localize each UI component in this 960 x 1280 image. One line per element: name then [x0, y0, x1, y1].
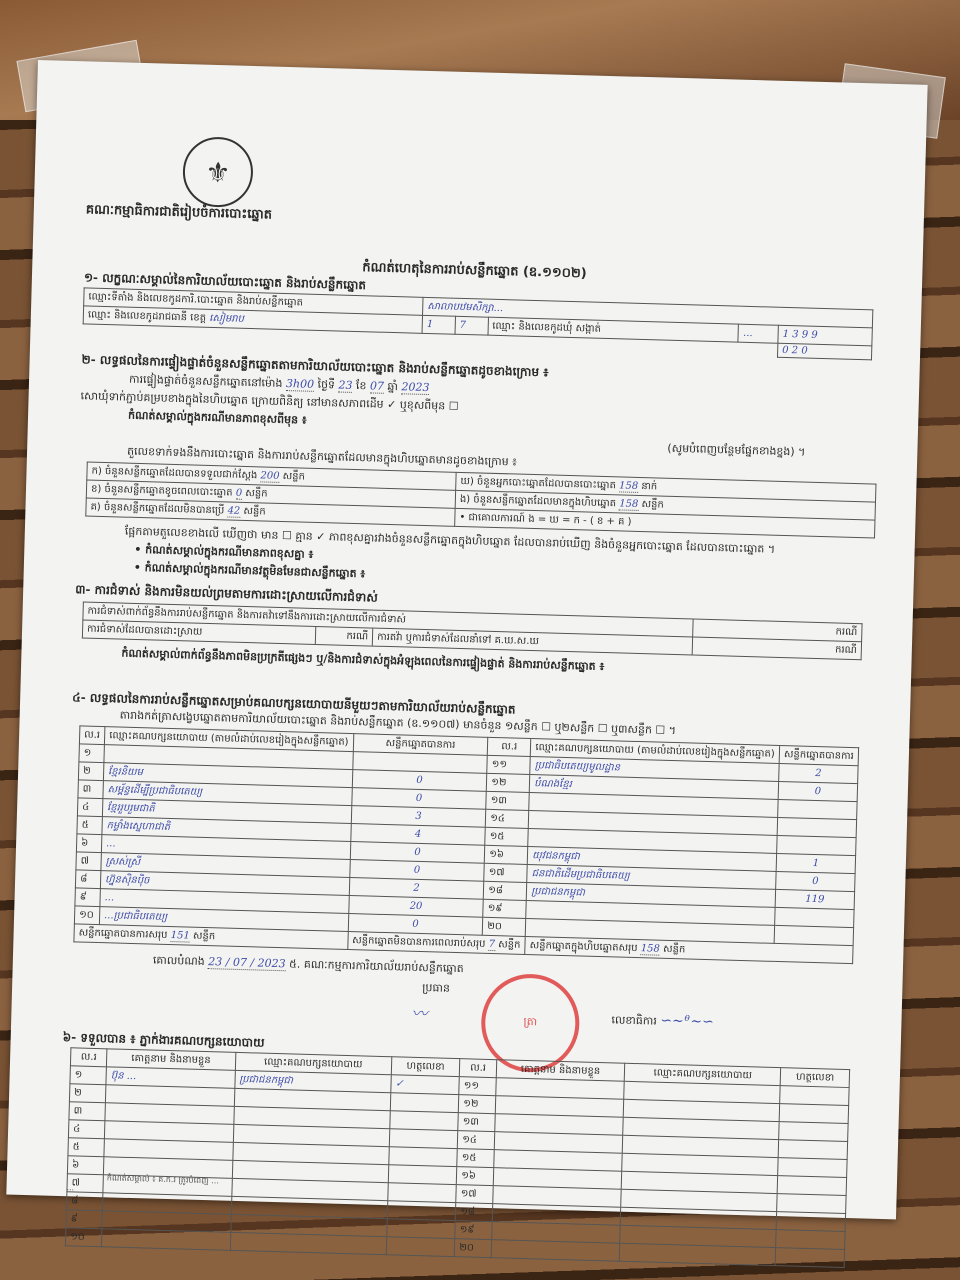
cell-no: ៥	[77, 816, 102, 835]
invalid-total-label: សន្លឹកឆ្នោតមិនបានការពេលរាប់សរុប	[352, 935, 486, 950]
cell-votes	[774, 925, 853, 945]
cell-no: ៤	[77, 798, 102, 817]
cell-no: ១៥	[457, 1149, 494, 1168]
cell-empty	[776, 1248, 845, 1268]
count-label: គ) ចំនួនសន្លឹកឆ្នោតដែលមិនបានប្រើ	[90, 502, 224, 517]
cell-empty	[780, 1104, 849, 1124]
cell-no: ១៦	[457, 1167, 494, 1186]
commune-value: ...	[738, 324, 778, 343]
unit: សន្លឹក	[663, 944, 686, 956]
col-no: ល.រ	[70, 1048, 107, 1067]
cell-no: ១៨	[484, 881, 527, 900]
cell-no: ២	[69, 1084, 106, 1103]
count-value: 158	[619, 480, 638, 493]
section1-table: ឈ្មោះទីតាំង និងលេខកូដការិ.បោះឆ្នោត និងរា…	[82, 287, 873, 360]
seal-logo-icon: ⚜	[182, 136, 254, 208]
cell-no: ២	[78, 762, 103, 781]
secretary-label: លេខាធិការ	[611, 1013, 657, 1027]
day-value: 23	[338, 379, 352, 393]
time-value: 3h00	[286, 377, 314, 392]
cell-no: ៦	[67, 1156, 104, 1175]
count-label: ក) ចំនួនសន្លឹកឆ្នោតដែលបានទទួលជាក់ស្តែង	[91, 466, 257, 482]
cell-no: ៨	[75, 870, 100, 889]
cell-no: ១៤	[486, 809, 529, 828]
invalid-total: សន្លឹកឆ្នោតមិនបានការពេលរាប់សរុប 7 សន្លឹក	[347, 931, 525, 954]
commune-code: 0 2 0	[778, 343, 872, 360]
valid-total-label: សន្លឹកឆ្នោតបានការសរុប	[78, 927, 167, 940]
date-value: 23 / 07 / 2023	[208, 955, 286, 971]
president-label: ប្រធាន	[422, 981, 450, 998]
time-label: ការផ្ទៀងផ្ទាត់ចំនួនសន្លឹកឆ្នោតនៅម៉ោង	[129, 373, 283, 390]
cell-sign	[389, 1147, 458, 1167]
cell-no: ៨	[66, 1192, 103, 1211]
col-no: ល.រ	[488, 737, 531, 756]
cell-empty	[776, 1230, 845, 1250]
cell-no: ១៨	[456, 1203, 493, 1222]
day-label: ថ្ងៃទី	[317, 378, 335, 391]
count-label: ង) ចំនួនសន្លឹកឆ្នោតដែលមានក្នុងហិបឆ្នោត	[460, 494, 616, 509]
cell-no: ៣	[69, 1102, 106, 1121]
cell-sign	[388, 1183, 457, 1203]
cell-no: ១៣	[458, 1113, 495, 1132]
organization-name: គណៈកម្មាធិការជាតិរៀបចំការបោះឆ្នោត	[86, 201, 273, 225]
col-sign: ហត្ថលេខា	[391, 1057, 460, 1077]
cell-votes: 0	[778, 781, 857, 801]
cell-no: ១	[70, 1066, 107, 1085]
year-label: ឆ្នាំ	[387, 380, 398, 393]
commune-code-digit: 0	[782, 345, 789, 356]
cell-sign	[389, 1129, 458, 1149]
commune-code-digit: 2	[792, 345, 799, 356]
secretary-line: លេខាធិការ ∽~ᶿ~∽	[611, 1011, 714, 1032]
year-value: 2023	[401, 380, 429, 395]
cell-empty	[778, 1158, 847, 1178]
cell-no: ១៩	[483, 899, 526, 918]
count-unit: សន្លឹក	[283, 471, 306, 483]
date-label: គោលបំណង	[153, 954, 205, 968]
committee-label: ៥. គណៈកម្មការការិយាល័យរាប់សន្លឹកឆ្នោត	[289, 957, 464, 975]
count-value: 42	[227, 505, 240, 517]
count-unit: សន្លឹក	[245, 488, 268, 500]
date-line: គោលបំណង 23 / 07 / 2023 ៥. គណៈកម្មការការិ…	[153, 954, 464, 979]
count-unit: សន្លឹក	[641, 499, 664, 511]
box-total-label: សន្លឹកឆ្នោតក្នុងហិបឆ្នោតសរុប	[530, 940, 638, 954]
case-unit: ករណី	[315, 626, 373, 646]
col-no: ល.រ	[460, 1059, 497, 1078]
month-value: 07	[370, 379, 384, 393]
cell-no: ១២	[487, 773, 530, 792]
col-no: ល.រ	[79, 726, 104, 745]
count-label: ឃ) ចំនួនអ្នកបោះឆ្នោតដែលបានបោះឆ្នោត	[460, 476, 616, 491]
cell-votes: 119	[775, 889, 854, 909]
cell-name	[102, 1229, 231, 1251]
form-title: កំណត់ហេតុនៃការរាប់សន្លឹកឆ្នោត (ឧ.១១០២)	[362, 259, 587, 284]
cell-empty	[779, 1122, 848, 1142]
note-label: កំណត់សម្គាល់ក្នុងករណីមានភាពខុសពីមុន ៖	[128, 409, 307, 430]
count-value: 158	[619, 498, 638, 511]
cell-votes	[778, 799, 857, 819]
cell-no: ១៦	[485, 845, 528, 864]
footer-note-2: ...	[66, 1183, 74, 1192]
cell-sign	[387, 1201, 456, 1221]
count-value: 0	[236, 488, 243, 500]
secretary-signature: ∽~ᶿ~∽	[660, 1013, 714, 1030]
col-votes: សន្លឹកឆ្នោតបានការ	[779, 745, 858, 765]
count-value: 200	[260, 470, 279, 483]
valid-total-value: 151	[170, 930, 189, 943]
cell-votes: 1	[776, 853, 855, 873]
cell-no: ១០	[65, 1228, 102, 1247]
cell-party	[230, 1232, 387, 1254]
cell-no: ១៥	[485, 827, 528, 846]
cell-no: ៧	[76, 852, 101, 871]
cell-sign	[387, 1219, 456, 1239]
cell-empty	[777, 1194, 846, 1214]
count-unit: សន្លឹក	[243, 506, 266, 518]
cell-votes	[777, 835, 856, 855]
cell-sign	[388, 1165, 457, 1185]
cell-no: ១២	[459, 1095, 496, 1114]
cell-votes	[777, 817, 856, 837]
cell-no: ៣	[78, 780, 103, 799]
cell-empty	[780, 1086, 849, 1106]
cell-no: ១៧	[484, 863, 527, 882]
invalid-total-value: 7	[488, 939, 495, 951]
cell-no: ២០	[483, 917, 526, 936]
cell-no: ១៤	[458, 1131, 495, 1150]
cell-empty	[777, 1212, 846, 1232]
province-code-1: 1	[422, 315, 455, 334]
president-signature: 〰	[411, 1001, 428, 1024]
col-sign: ហត្ថលេខា	[781, 1068, 850, 1088]
cell-no: ៩	[66, 1210, 103, 1229]
commune-code-digit: 0	[801, 345, 808, 356]
count-label: ខ) ចំនួនសន្លឹកឆ្នោតខូចពេលបោះឆ្នោត	[91, 484, 233, 499]
cell-empty	[619, 1243, 776, 1265]
cell-sign: ✓	[391, 1075, 460, 1095]
province-code-2: 7	[455, 316, 488, 335]
cell-empty	[491, 1240, 620, 1262]
fill-hint: (សូមបំពេញបន្ថែមផ្នែកខាងខ្នង) ។	[667, 442, 805, 462]
cell-sign	[390, 1093, 459, 1113]
station-code-digit: 1	[782, 329, 789, 340]
agents-table: ល.រ គោត្តនាម និងនាមខ្លួន ឈ្មោះគណបក្សនយោប…	[65, 1047, 850, 1268]
station-code-digit: 9	[811, 330, 818, 341]
case-unit: ករណី	[692, 637, 861, 660]
cell-no: ១៩	[455, 1221, 492, 1240]
cell-votes: 0	[776, 871, 855, 891]
cell-no: ៥	[68, 1138, 105, 1157]
month-label: ខែ	[356, 379, 367, 392]
count-unit: នាក់	[641, 481, 657, 492]
election-form: ⚜ គណៈកម្មាធិការជាតិរៀបចំការបោះឆ្នោត កំណត…	[6, 60, 927, 1219]
cell-empty	[779, 1140, 848, 1160]
cell-no: ១៣	[486, 791, 529, 810]
cell-no: ៩	[75, 888, 100, 907]
unit: សន្លឹក	[498, 939, 521, 951]
votes-table: ល.រ ឈ្មោះគណបក្សនយោបាយ (តាមលំដាប់លេខរៀងក្…	[73, 725, 859, 964]
cell-no: ១១	[487, 755, 530, 774]
province-label: ឈ្មោះ និងលេខកូដរាជធានី ខេត្ត	[88, 309, 206, 323]
box-total-value: 158	[641, 943, 660, 956]
cell-sign	[390, 1111, 459, 1131]
station-code-digit: 3	[792, 329, 799, 340]
note-nonballot: • កំណត់សម្គាល់ក្នុងករណីមានវត្ថុមិនមែនជាស…	[134, 561, 366, 583]
cell-votes: 2	[779, 763, 858, 783]
cell-no: ១៧	[456, 1185, 493, 1204]
cell-no: ១០	[74, 906, 99, 925]
cell-no: ១	[79, 744, 104, 763]
cell-empty	[778, 1176, 847, 1196]
cell-sign	[386, 1237, 455, 1257]
cell-no: ៤	[68, 1120, 105, 1139]
cell-no: ៦	[76, 834, 101, 853]
unit: សន្លឹក	[193, 931, 216, 943]
cell-no: ១១	[459, 1077, 496, 1096]
station-code-digit: 9	[802, 329, 809, 340]
cell-votes	[775, 907, 854, 927]
cell-no: ២០	[455, 1239, 492, 1258]
province-value: សៀមរាប	[209, 313, 244, 325]
